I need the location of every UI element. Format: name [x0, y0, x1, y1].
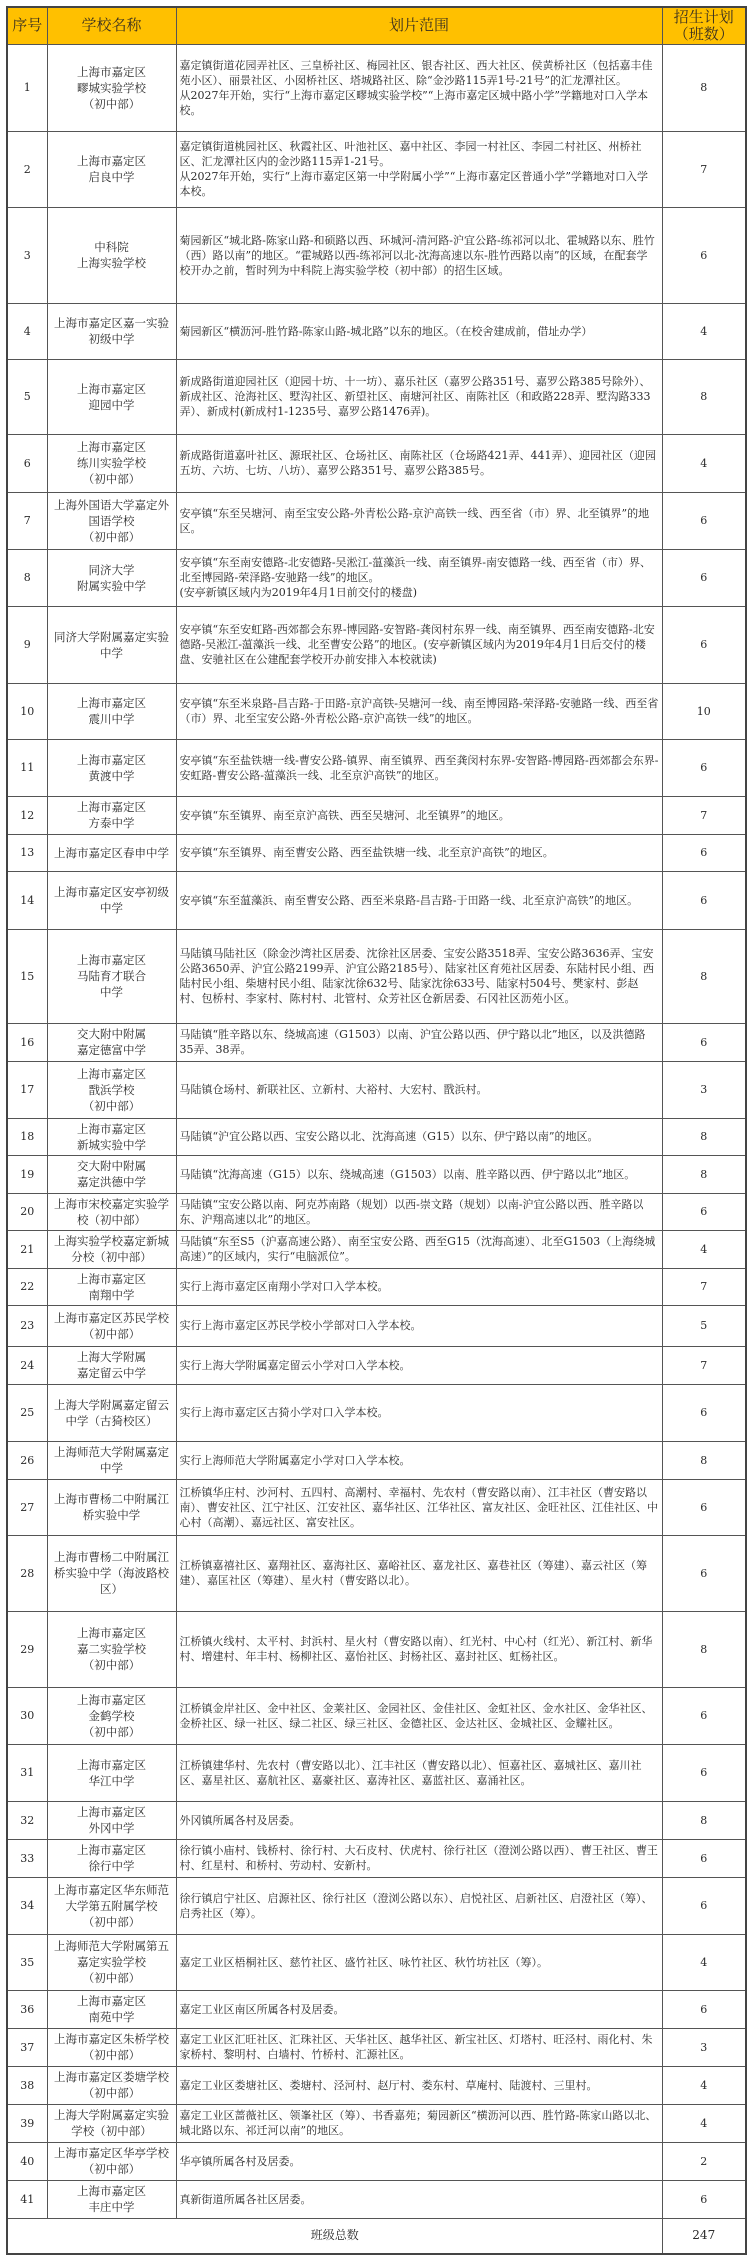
- enrollment-plan: 8: [662, 359, 746, 434]
- enrollment-plan: 10: [662, 683, 746, 739]
- enrollment-plan: 6: [662, 207, 746, 303]
- zone-range: 安亭镇“东至镇界、南至京沪高铁、西至吴塘河、北至镇界”的地区。: [176, 796, 662, 834]
- zone-range: 江桥镇金岸社区、金中社区、金莱社区、金园社区、金佳社区、金虹社区、金水社区、金华…: [176, 1687, 662, 1744]
- enrollment-plan: 6: [662, 1744, 746, 1801]
- header-school: 学校名称: [47, 7, 176, 44]
- enrollment-plan: 6: [662, 1023, 746, 1061]
- school-name: 上海市嘉定区春申中学: [47, 834, 176, 871]
- zone-range: 安亭镇“东至镇界、南至曹安公路、西至盐铁塘一线、北至京沪高铁”的地区。: [176, 834, 662, 871]
- enrollment-plan: 6: [662, 1687, 746, 1744]
- row-number: 18: [7, 1118, 47, 1155]
- school-name: 上海市嘉定区 马陆育才联合 中学: [47, 929, 176, 1023]
- table-row: 20上海市宋校嘉定实验学校（初中部）马陆镇“宝安公路以南、阿克苏南路（规划）以西…: [7, 1193, 746, 1230]
- table-row: 29上海市嘉定区 嘉二实验学校 （初中部）江桥镇火线村、太平村、封浜村、星火村（…: [7, 1611, 746, 1687]
- zone-range: 江桥镇华庄村、沙河村、五四村、高潮村、幸福村、先农村（曹安路以南）、江丰社区（曹…: [176, 1479, 662, 1535]
- row-number: 31: [7, 1744, 47, 1801]
- row-number: 36: [7, 1990, 47, 2028]
- enrollment-plan: 6: [662, 1877, 746, 1934]
- school-name: 上海师范大学附属嘉定中学: [47, 1441, 176, 1479]
- row-number: 12: [7, 796, 47, 834]
- enrollment-plan: 8: [662, 44, 746, 131]
- table-row: 25上海大学附属嘉定留云中学（古猗校区）实行上海市嘉定区古猗小学对口入学本校。6: [7, 1384, 746, 1441]
- row-number: 16: [7, 1023, 47, 1061]
- school-name: 上海市嘉定区华亭学校（初中部）: [47, 2142, 176, 2180]
- enrollment-plan: 6: [662, 606, 746, 683]
- table-row: 40上海市嘉定区华亭学校（初中部）华亭镇所属各村及居委。2: [7, 2142, 746, 2180]
- zone-range: 外冈镇所属各村及居委。: [176, 1801, 662, 1839]
- table-row: 28上海市曹杨二中附属江桥实验中学（海波路校区）江桥镇嘉禧社区、嘉翔社区、嘉海社…: [7, 1535, 746, 1611]
- school-name: 上海市宋校嘉定实验学校（初中部）: [47, 1193, 176, 1230]
- row-number: 25: [7, 1384, 47, 1441]
- table-row: 36上海市嘉定区 南苑中学嘉定工业区南区所属各村及居委。6: [7, 1990, 746, 2028]
- row-number: 28: [7, 1535, 47, 1611]
- table-row: 23上海市嘉定区苏民学校（初中部）实行上海市嘉定区苏民学校小学部对口入学本校。5: [7, 1305, 746, 1346]
- row-number: 17: [7, 1061, 47, 1118]
- total-label: 班级总数: [7, 2218, 662, 2254]
- row-number: 14: [7, 871, 47, 929]
- school-name: 上海市嘉定区嘉一实验初级中学: [47, 303, 176, 359]
- header-plan: 招生计划（班数）: [662, 7, 746, 44]
- row-number: 5: [7, 359, 47, 434]
- enrollment-plan: 6: [662, 549, 746, 606]
- table-row: 11上海市嘉定区 黄渡中学安亭镇“东至盐铁塘一线-曹安公路-镇界、南至镇界、西至…: [7, 739, 746, 796]
- row-number: 33: [7, 1839, 47, 1877]
- school-name: 上海市嘉定区 丰庄中学: [47, 2180, 176, 2218]
- row-number: 26: [7, 1441, 47, 1479]
- table-row: 41上海市嘉定区 丰庄中学真新街道所属各社区居委。6: [7, 2180, 746, 2218]
- table-row: 13上海市嘉定区春申中学安亭镇“东至镇界、南至曹安公路、西至盐铁塘一线、北至京沪…: [7, 834, 746, 871]
- enrollment-plan: 8: [662, 1801, 746, 1839]
- row-number: 40: [7, 2142, 47, 2180]
- enrollment-plan: 4: [662, 2104, 746, 2142]
- row-number: 35: [7, 1934, 47, 1990]
- school-name: 中科院 上海实验学校: [47, 207, 176, 303]
- table-row: 12上海市嘉定区 方泰中学安亭镇“东至镇界、南至京沪高铁、西至吴塘河、北至镇界”…: [7, 796, 746, 834]
- zone-range: 新成路街道嘉叶社区、源珉社区、仓场社区、南陈社区（仓场路421弄、441弄）、迎…: [176, 434, 662, 492]
- enrollment-table: 序号 学校名称 划片范围 招生计划（班数） 1上海市嘉定区 疁城实验学校 （初中…: [6, 6, 747, 2255]
- enrollment-plan: 6: [662, 1535, 746, 1611]
- zone-range: 安亭镇“东至蕰藻浜、南至曹安公路、西至米泉路-昌吉路-于田路一线、北至京沪高铁”…: [176, 871, 662, 929]
- school-name: 上海市嘉定区 启良中学: [47, 131, 176, 207]
- school-name: 上海市嘉定区 南翔中学: [47, 1268, 176, 1305]
- enrollment-plan: 7: [662, 1268, 746, 1305]
- school-name: 上海市嘉定区 徐行中学: [47, 1839, 176, 1877]
- school-name: 上海市嘉定区 嘉二实验学校 （初中部）: [47, 1611, 176, 1687]
- enrollment-plan: 6: [662, 492, 746, 549]
- zone-range: 安亭镇“东至米泉路-昌吉路-于田路-京沪高铁-吴塘河一线、南至博园路-荣泽路-安…: [176, 683, 662, 739]
- row-number: 34: [7, 1877, 47, 1934]
- zone-range: 徐行镇启宁社区、启源社区、徐行社区（澄浏公路以东）、启悦社区、启新社区、启澄社区…: [176, 1877, 662, 1934]
- row-number: 15: [7, 929, 47, 1023]
- zone-range: 嘉定工业区汇旺社区、汇珠社区、天华社区、越华社区、新宝社区、灯塔村、旺泾村、雨化…: [176, 2028, 662, 2066]
- school-name: 上海市嘉定区 华江中学: [47, 1744, 176, 1801]
- school-name: 上海市嘉定区 外冈中学: [47, 1801, 176, 1839]
- school-name: 上海师范大学附属第五嘉定实验学校 （初中部）: [47, 1934, 176, 1990]
- table-header: 序号 学校名称 划片范围 招生计划（班数）: [7, 7, 746, 44]
- table-row: 5上海市嘉定区 迎园中学新成路街道迎园社区（迎园十坊、十一坊）、嘉乐社区（嘉罗公…: [7, 359, 746, 434]
- school-name: 上海市嘉定区 方泰中学: [47, 796, 176, 834]
- row-number: 29: [7, 1611, 47, 1687]
- zone-range: 安亭镇“东至安虹路-西郊都会东界-博园路-安智路-龚闵村东界一线、南至镇界、西至…: [176, 606, 662, 683]
- row-number: 2: [7, 131, 47, 207]
- school-name: 上海市嘉定区 震川中学: [47, 683, 176, 739]
- school-name: 上海市曹杨二中附属江桥实验中学（海波路校区）: [47, 1535, 176, 1611]
- enrollment-plan: 5: [662, 1305, 746, 1346]
- table-row: 21上海实验学校嘉定新城分校（初中部）马陆镇“东至S5（沪嘉高速公路）、南至宝安…: [7, 1230, 746, 1268]
- school-name: 交大附中附属 嘉定洪德中学: [47, 1155, 176, 1193]
- total-value: 247: [662, 2218, 746, 2254]
- total-row: 班级总数 247: [7, 2218, 746, 2254]
- school-name: 上海市嘉定区苏民学校（初中部）: [47, 1305, 176, 1346]
- school-name: 上海市嘉定区 迎园中学: [47, 359, 176, 434]
- table-row: 30上海市嘉定区 金鹤学校 （初中部）江桥镇金岸社区、金中社区、金莱社区、金园社…: [7, 1687, 746, 1744]
- enrollment-plan: 6: [662, 1839, 746, 1877]
- zone-range: 菊园新区“横沥河-胜竹路-陈家山路-城北路”以东的地区。（在校舍建成前，借址办学…: [176, 303, 662, 359]
- enrollment-plan: 4: [662, 303, 746, 359]
- enrollment-plan: 6: [662, 1384, 746, 1441]
- table-row: 8同济大学 附属实验中学安亭镇“东至南安德路-北安德路-吴淞江-蕰藻浜一线、南至…: [7, 549, 746, 606]
- school-name: 上海市嘉定区 南苑中学: [47, 1990, 176, 2028]
- school-name: 上海市嘉定区 黄渡中学: [47, 739, 176, 796]
- row-number: 13: [7, 834, 47, 871]
- school-name: 同济大学附属嘉定实验中学: [47, 606, 176, 683]
- school-name: 交大附中附属 嘉定德富中学: [47, 1023, 176, 1061]
- header-area: 划片范围: [176, 7, 662, 44]
- school-name: 上海市嘉定区娄塘学校（初中部）: [47, 2066, 176, 2104]
- row-number: 7: [7, 492, 47, 549]
- zone-range: 安亭镇“东至吴塘河、南至宝安公路-外青松公路-京沪高铁一线、西至省（市）界、北至…: [176, 492, 662, 549]
- table-row: 37上海市嘉定区朱桥学校（初中部）嘉定工业区汇旺社区、汇珠社区、天华社区、越华社…: [7, 2028, 746, 2066]
- school-name: 上海市嘉定区华东师范大学第五附属学校 （初中部）: [47, 1877, 176, 1934]
- zone-range: 实行上海市嘉定区南翔小学对口入学本校。: [176, 1268, 662, 1305]
- zone-range: 嘉定工业区梧桐社区、慈竹社区、盛竹社区、咏竹社区、秋竹坊社区（筹）。: [176, 1934, 662, 1990]
- school-name: 上海大学附属 嘉定留云中学: [47, 1346, 176, 1384]
- table-row: 10上海市嘉定区 震川中学安亭镇“东至米泉路-昌吉路-于田路-京沪高铁-吴塘河一…: [7, 683, 746, 739]
- enrollment-plan: 4: [662, 434, 746, 492]
- enrollment-plan: 2: [662, 2142, 746, 2180]
- row-number: 10: [7, 683, 47, 739]
- school-name: 同济大学 附属实验中学: [47, 549, 176, 606]
- school-name: 上海市嘉定区 新城实验中学: [47, 1118, 176, 1155]
- school-name: 上海市嘉定区 戬浜学校 （初中部）: [47, 1061, 176, 1118]
- row-number: 32: [7, 1801, 47, 1839]
- table-row: 19交大附中附属 嘉定洪德中学马陆镇“沈海高速（G15）以东、绕城高速（G150…: [7, 1155, 746, 1193]
- enrollment-plan: 6: [662, 2180, 746, 2218]
- zone-range: 马陆镇“宝安公路以南、阿克苏南路（规划）以西-崇文路（规划）以南-沪宜公路以西、…: [176, 1193, 662, 1230]
- school-name: 上海大学附属嘉定实验学校（初中部）: [47, 2104, 176, 2142]
- table-row: 32上海市嘉定区 外冈中学外冈镇所属各村及居委。8: [7, 1801, 746, 1839]
- enrollment-plan: 6: [662, 834, 746, 871]
- zone-range: 安亭镇“东至南安德路-北安德路-吴淞江-蕰藻浜一线、南至镇界-南安德路一线、西至…: [176, 549, 662, 606]
- row-number: 6: [7, 434, 47, 492]
- table-row: 14上海市嘉定区安亭初级中学安亭镇“东至蕰藻浜、南至曹安公路、西至米泉路-昌吉路…: [7, 871, 746, 929]
- table-row: 1上海市嘉定区 疁城实验学校 （初中部）嘉定镇街道花园弄社区、三皇桥社区、梅园社…: [7, 44, 746, 131]
- table-body: 1上海市嘉定区 疁城实验学校 （初中部）嘉定镇街道花园弄社区、三皇桥社区、梅园社…: [7, 44, 746, 2218]
- row-number: 21: [7, 1230, 47, 1268]
- zone-range: 真新街道所属各社区居委。: [176, 2180, 662, 2218]
- school-name: 上海实验学校嘉定新城分校（初中部）: [47, 1230, 176, 1268]
- enrollment-plan: 6: [662, 1990, 746, 2028]
- enrollment-plan: 8: [662, 1611, 746, 1687]
- row-number: 24: [7, 1346, 47, 1384]
- table-row: 2上海市嘉定区 启良中学嘉定镇街道桃园社区、秋霞社区、叶池社区、嘉中社区、李园一…: [7, 131, 746, 207]
- table-row: 4上海市嘉定区嘉一实验初级中学菊园新区“横沥河-胜竹路-陈家山路-城北路”以东的…: [7, 303, 746, 359]
- zone-range: 实行上海市嘉定区古猗小学对口入学本校。: [176, 1384, 662, 1441]
- row-number: 4: [7, 303, 47, 359]
- row-number: 3: [7, 207, 47, 303]
- row-number: 9: [7, 606, 47, 683]
- table-row: 27上海市曹杨二中附属江桥实验中学江桥镇华庄村、沙河村、五四村、高潮村、幸福村、…: [7, 1479, 746, 1535]
- school-name: 上海外国语大学嘉定外国语学校 （初中部）: [47, 492, 176, 549]
- zone-range: 嘉定工业区南区所属各村及居委。: [176, 1990, 662, 2028]
- header-no: 序号: [7, 7, 47, 44]
- enrollment-plan: 8: [662, 1118, 746, 1155]
- table-row: 38上海市嘉定区娄塘学校（初中部）嘉定工业区娄塘社区、娄塘村、泾河村、赵厅村、娄…: [7, 2066, 746, 2104]
- zone-range: 实行上海师范大学附属嘉定小学对口入学本校。: [176, 1441, 662, 1479]
- enrollment-plan: 6: [662, 739, 746, 796]
- row-number: 19: [7, 1155, 47, 1193]
- enrollment-plan: 7: [662, 131, 746, 207]
- table-row: 26上海师范大学附属嘉定中学实行上海师范大学附属嘉定小学对口入学本校。8: [7, 1441, 746, 1479]
- school-name: 上海市嘉定区 金鹤学校 （初中部）: [47, 1687, 176, 1744]
- zone-range: 马陆镇马陆社区（除金沙湾社区居委、沈徐社区居委、宝安公路3518弄、宝安公路36…: [176, 929, 662, 1023]
- zone-range: 马陆镇“胜辛路以东、绕城高速（G1503）以南、沪宜公路以西、伊宁路以北”地区，…: [176, 1023, 662, 1061]
- row-number: 27: [7, 1479, 47, 1535]
- row-number: 30: [7, 1687, 47, 1744]
- school-name: 上海市曹杨二中附属江桥实验中学: [47, 1479, 176, 1535]
- row-number: 23: [7, 1305, 47, 1346]
- enrollment-plan: 4: [662, 2066, 746, 2104]
- row-number: 1: [7, 44, 47, 131]
- zone-range: 马陆镇仓场村、新联社区、立新村、大裕村、大宏村、戬浜村。: [176, 1061, 662, 1118]
- table-row: 3中科院 上海实验学校菊园新区“城北路-陈家山路-和硕路以西、环城河-清河路-沪…: [7, 207, 746, 303]
- enrollment-plan: 3: [662, 1061, 746, 1118]
- table-row: 15上海市嘉定区 马陆育才联合 中学马陆镇马陆社区（除金沙湾社区居委、沈徐社区居…: [7, 929, 746, 1023]
- table-row: 22上海市嘉定区 南翔中学实行上海市嘉定区南翔小学对口入学本校。7: [7, 1268, 746, 1305]
- table-row: 9同济大学附属嘉定实验中学安亭镇“东至安虹路-西郊都会东界-博园路-安智路-龚闵…: [7, 606, 746, 683]
- row-number: 38: [7, 2066, 47, 2104]
- zone-range: 马陆镇“东至S5（沪嘉高速公路）、南至宝安公路、西至G15（沈海高速）、北至G1…: [176, 1230, 662, 1268]
- zone-range: 江桥镇建华村、先农村（曹安路以北）、江丰社区（曹安路以北）、恒嘉社区、嘉城社区、…: [176, 1744, 662, 1801]
- table-row: 34上海市嘉定区华东师范大学第五附属学校 （初中部）徐行镇启宁社区、启源社区、徐…: [7, 1877, 746, 1934]
- row-number: 37: [7, 2028, 47, 2066]
- zone-range: 嘉定工业区娄塘社区、娄塘村、泾河村、赵厅村、娄东村、草庵村、陆渡村、三里村。: [176, 2066, 662, 2104]
- enrollment-plan: 4: [662, 1230, 746, 1268]
- table-row: 39上海大学附属嘉定实验学校（初中部）嘉定工业区蔷薇社区、领峯社区（筹）、书香嘉…: [7, 2104, 746, 2142]
- zone-range: 华亭镇所属各村及居委。: [176, 2142, 662, 2180]
- row-number: 20: [7, 1193, 47, 1230]
- row-number: 22: [7, 1268, 47, 1305]
- enrollment-plan: 8: [662, 929, 746, 1023]
- zone-range: 安亭镇“东至盐铁塘一线-曹安公路-镇界、南至镇界、西至龚闵村东界-安智路-博园路…: [176, 739, 662, 796]
- enrollment-plan: 7: [662, 796, 746, 834]
- table-row: 17上海市嘉定区 戬浜学校 （初中部）马陆镇仓场村、新联社区、立新村、大裕村、大…: [7, 1061, 746, 1118]
- row-number: 11: [7, 739, 47, 796]
- enrollment-plan: 8: [662, 1441, 746, 1479]
- zone-range: 实行上海市嘉定区苏民学校小学部对口入学本校。: [176, 1305, 662, 1346]
- enrollment-plan: 4: [662, 1934, 746, 1990]
- school-name: 上海大学附属嘉定留云中学（古猗校区）: [47, 1384, 176, 1441]
- enrollment-plan: 7: [662, 1346, 746, 1384]
- zone-range: 徐行镇小庙村、钱桥村、徐行村、大石皮村、伏虎村、徐行社区（澄浏公路以西）、曹王社…: [176, 1839, 662, 1877]
- table-row: 35上海师范大学附属第五嘉定实验学校 （初中部）嘉定工业区梧桐社区、慈竹社区、盛…: [7, 1934, 746, 1990]
- row-number: 41: [7, 2180, 47, 2218]
- enrollment-plan: 6: [662, 871, 746, 929]
- school-name: 上海市嘉定区 练川实验学校 （初中部）: [47, 434, 176, 492]
- table-row: 31上海市嘉定区 华江中学江桥镇建华村、先农村（曹安路以北）、江丰社区（曹安路以…: [7, 1744, 746, 1801]
- school-name: 上海市嘉定区安亭初级中学: [47, 871, 176, 929]
- table-row: 33上海市嘉定区 徐行中学徐行镇小庙村、钱桥村、徐行村、大石皮村、伏虎村、徐行社…: [7, 1839, 746, 1877]
- table-row: 16交大附中附属 嘉定德富中学马陆镇“胜辛路以东、绕城高速（G1503）以南、沪…: [7, 1023, 746, 1061]
- enrollment-plan: 8: [662, 1155, 746, 1193]
- table-row: 24上海大学附属 嘉定留云中学实行上海大学附属嘉定留云小学对口入学本校。7: [7, 1346, 746, 1384]
- row-number: 8: [7, 549, 47, 606]
- zone-range: 菊园新区“城北路-陈家山路-和硕路以西、环城河-清河路-沪宜公路-练祁河以北、霍…: [176, 207, 662, 303]
- zone-range: 嘉定镇街道花园弄社区、三皇桥社区、梅园社区、银杏社区、西大社区、侯黄桥社区（包括…: [176, 44, 662, 131]
- row-number: 39: [7, 2104, 47, 2142]
- enrollment-plan: 3: [662, 2028, 746, 2066]
- zone-range: 嘉定镇街道桃园社区、秋霞社区、叶池社区、嘉中社区、李园一村社区、李园二村社区、州…: [176, 131, 662, 207]
- zone-range: 马陆镇“沪宜公路以西、宝安公路以北、沈海高速（G15）以东、伊宁路以南”的地区。: [176, 1118, 662, 1155]
- school-name: 上海市嘉定区朱桥学校（初中部）: [47, 2028, 176, 2066]
- zone-range: 马陆镇“沈海高速（G15）以东、绕城高速（G1503）以南、胜辛路以西、伊宁路以…: [176, 1155, 662, 1193]
- table-row: 6上海市嘉定区 练川实验学校 （初中部）新成路街道嘉叶社区、源珉社区、仓场社区、…: [7, 434, 746, 492]
- zone-range: 江桥镇嘉禧社区、嘉翔社区、嘉海社区、嘉峪社区、嘉龙社区、嘉巷社区（筹建）、嘉云社…: [176, 1535, 662, 1611]
- zone-range: 实行上海大学附属嘉定留云小学对口入学本校。: [176, 1346, 662, 1384]
- zone-range: 嘉定工业区蔷薇社区、领峯社区（筹）、书香嘉苑；菊园新区“横沥河以西、胜竹路-陈家…: [176, 2104, 662, 2142]
- zone-range: 江桥镇火线村、太平村、封浜村、星火村（曹安路以南）、红光村、中心村（红光）、新江…: [176, 1611, 662, 1687]
- table-row: 18上海市嘉定区 新城实验中学马陆镇“沪宜公路以西、宝安公路以北、沈海高速（G1…: [7, 1118, 746, 1155]
- school-name: 上海市嘉定区 疁城实验学校 （初中部）: [47, 44, 176, 131]
- enrollment-plan: 6: [662, 1193, 746, 1230]
- enrollment-plan: 6: [662, 1479, 746, 1535]
- zone-range: 新成路街道迎园社区（迎园十坊、十一坊）、嘉乐社区（嘉罗公路351号、嘉罗公路38…: [176, 359, 662, 434]
- table-row: 7上海外国语大学嘉定外国语学校 （初中部）安亭镇“东至吴塘河、南至宝安公路-外青…: [7, 492, 746, 549]
